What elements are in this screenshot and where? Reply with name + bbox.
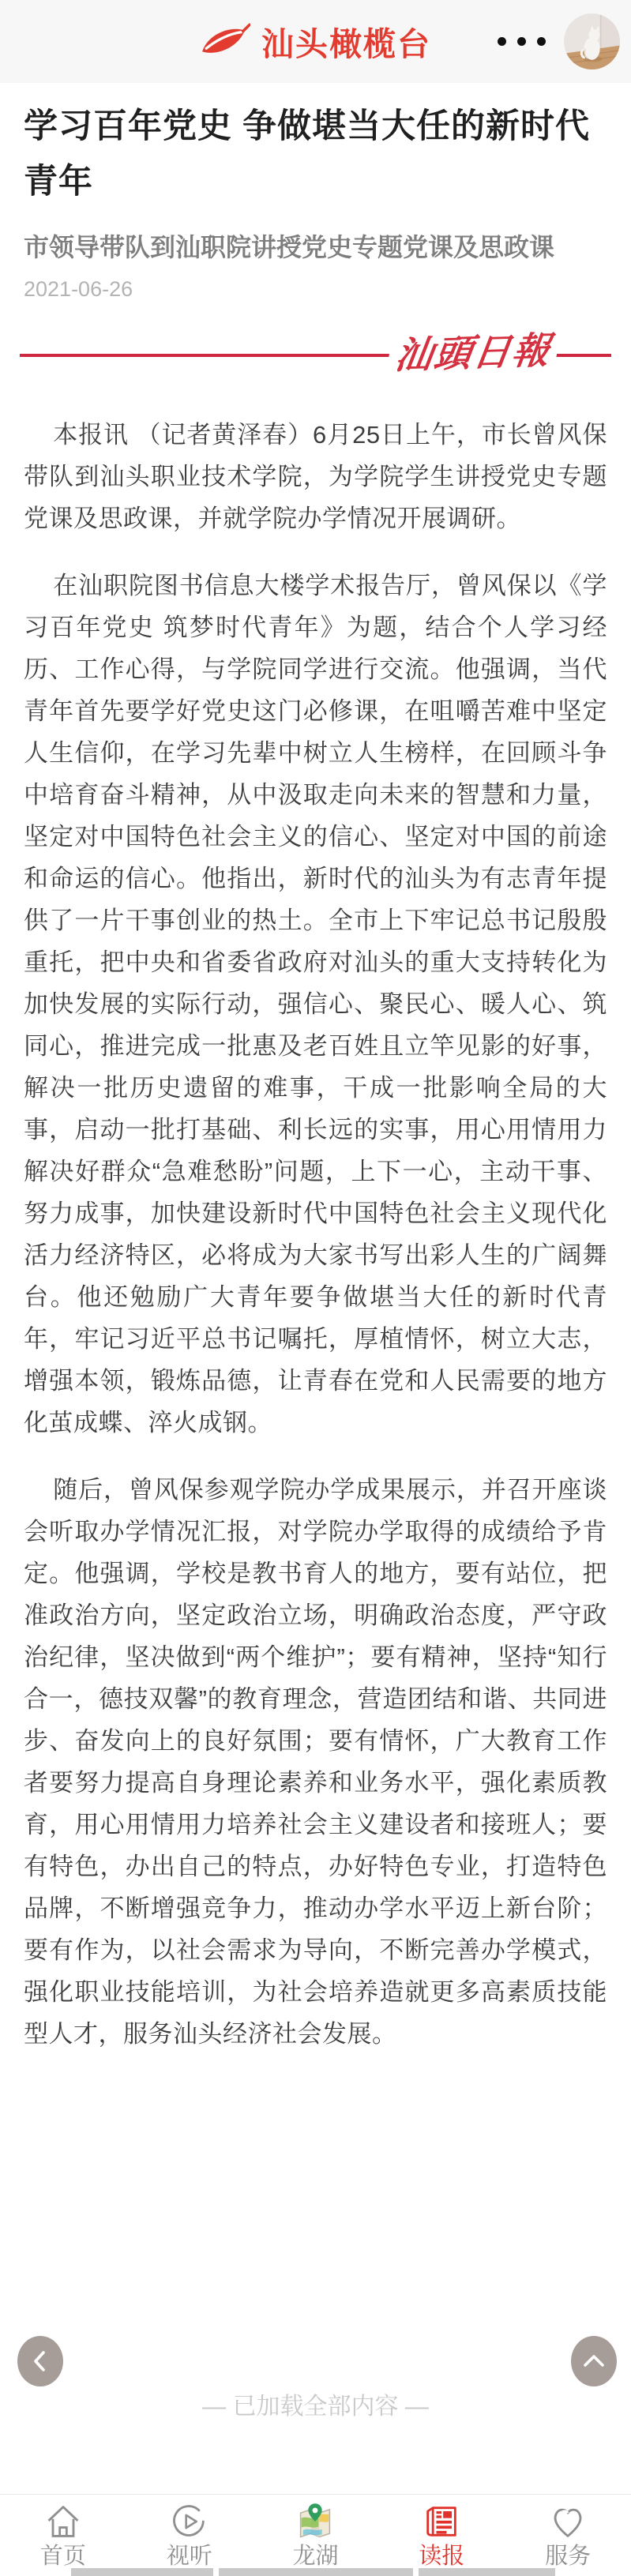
cat-avatar-image <box>564 13 620 69</box>
tab-longhu[interactable]: 龙湖 <box>253 2495 379 2576</box>
paragraph: 本报讯 （记者黄泽春）6月25日上午，市长曾风保带队到汕头职业技术学院，为学院学… <box>24 414 607 539</box>
map-pin-icon <box>295 2501 336 2542</box>
dot <box>498 37 506 46</box>
tab-video[interactable]: 视听 <box>126 2495 253 2576</box>
tab-label: 龙湖 <box>292 2544 338 2569</box>
chevron-up-icon <box>580 2349 607 2373</box>
article-title: 学习百年党史 争做堪当大任的新时代青年 <box>24 99 607 209</box>
more-options-button[interactable] <box>498 0 546 83</box>
brand-name: 汕头橄榄台 <box>261 18 431 65</box>
newspaper-signature: 汕頭日報 <box>385 329 560 378</box>
paragraph: 随后，曾风保参观学院办学成果展示，并召开座谈会听取办学情况汇报，对学院办学取得的… <box>24 1469 607 2055</box>
tab-label: 读报 <box>419 2544 464 2569</box>
dot <box>537 37 546 46</box>
tab-label: 视听 <box>167 2544 212 2569</box>
chevron-left-icon <box>28 2348 52 2375</box>
olive-logo-icon <box>200 23 250 61</box>
article-subtitle: 市领导带队到汕职院讲授党史专题党课及思政课 <box>24 230 607 265</box>
article-paragraphs: 本报讯 （记者黄泽春）6月25日上午，市长曾风保带队到汕头职业技术学院，为学院学… <box>24 414 607 2055</box>
bottom-indicator-bar <box>71 2568 213 2576</box>
play-circle-icon <box>169 2501 210 2542</box>
tab-label: 首页 <box>40 2544 86 2569</box>
back-button[interactable] <box>17 2336 63 2386</box>
publish-date: 2021-06-26 <box>24 277 607 302</box>
newspaper-icon <box>421 2501 462 2542</box>
all-content-loaded-note: — 已加载全部内容 — <box>0 2386 631 2421</box>
user-avatar[interactable] <box>564 13 620 69</box>
home-icon <box>43 2501 84 2542</box>
heart-icon <box>547 2501 588 2542</box>
paragraph: 在汕职院图书信息大楼学术报告厅，曾风保以《学习百年党史 筑梦时代青年》为题，结合… <box>24 565 607 1444</box>
scroll-to-top-button[interactable] <box>571 2336 617 2386</box>
bottom-indicator-bar <box>419 2568 555 2576</box>
bottom-tab-bar: 首页 视听 龙湖 读报 <box>0 2494 631 2576</box>
bottom-indicator-bar <box>219 2568 413 2576</box>
app-header: 汕头橄榄台 <box>0 0 631 83</box>
tab-services[interactable]: 服务 <box>505 2495 631 2576</box>
tab-home[interactable]: 首页 <box>0 2495 126 2576</box>
brand: 汕头橄榄台 <box>200 18 431 65</box>
dot <box>517 37 526 46</box>
article-body: 学习百年党史 争做堪当大任的新时代青年 市领导带队到汕职院讲授党史专题党课及思政… <box>0 83 631 2334</box>
source-divider: 汕頭日報 <box>20 330 611 381</box>
tab-newspaper[interactable]: 读报 <box>378 2495 505 2576</box>
tab-label: 服务 <box>545 2544 591 2569</box>
